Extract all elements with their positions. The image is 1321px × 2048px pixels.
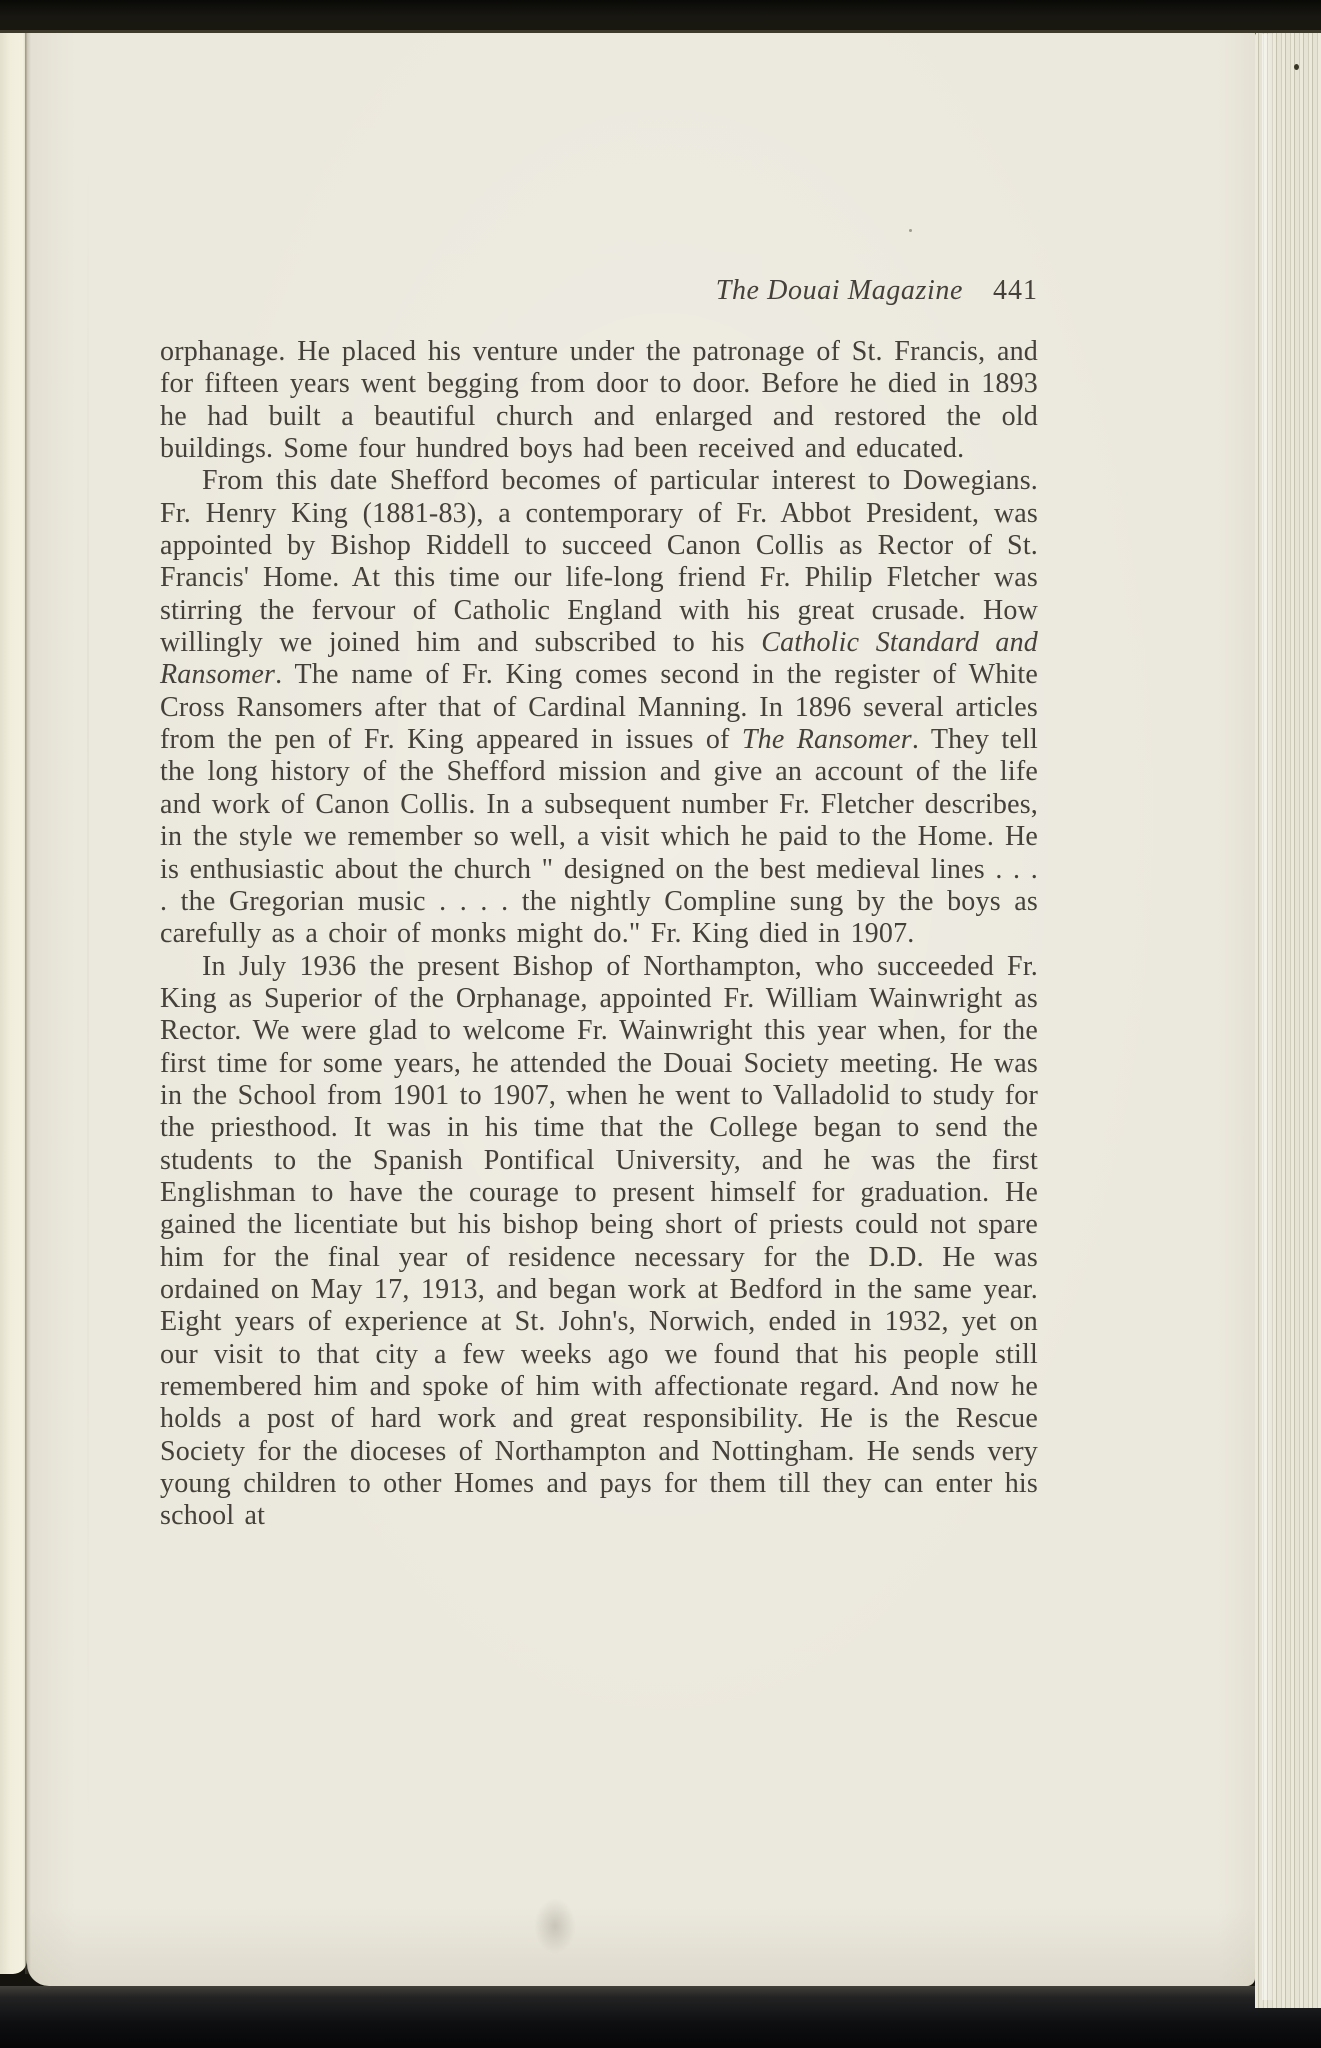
facing-page-edge [0, 28, 27, 1974]
paper-speck [1294, 64, 1299, 70]
book-cover-bottom-edge [0, 1986, 1321, 2048]
text-segment: . They tell the long history of the Shef… [160, 724, 1038, 949]
gutter-shadow [25, 28, 31, 1974]
magazine-title: The Douai Magazine [716, 275, 963, 306]
paper-crease [87, 150, 89, 1850]
fore-edge-highlight [1262, 34, 1276, 2000]
text-segment: orphanage. He placed his venture under t… [160, 336, 1038, 464]
running-head: The Douai Magazine441 [160, 276, 1038, 306]
text-segment: In July 1936 the present Bishop of North… [160, 951, 1038, 1532]
book-cover-top-edge [0, 0, 1321, 33]
paper-speck [909, 229, 912, 232]
paragraph: From this date Shefford becomes of parti… [160, 465, 1038, 950]
page-text: orphanage. He placed his venture under t… [160, 336, 1038, 1533]
magazine-page: The Douai Magazine441 orphanage. He plac… [27, 30, 1255, 1986]
page-number: 441 [993, 275, 1038, 306]
paper-smudge [534, 1898, 576, 1954]
italic-text-segment: The Ransomer [742, 724, 912, 755]
paragraph: In July 1936 the present Bishop of North… [160, 951, 1038, 1533]
paragraph: orphanage. He placed his venture under t… [160, 336, 1038, 465]
book-scan: The Douai Magazine441 orphanage. He plac… [0, 0, 1321, 2048]
